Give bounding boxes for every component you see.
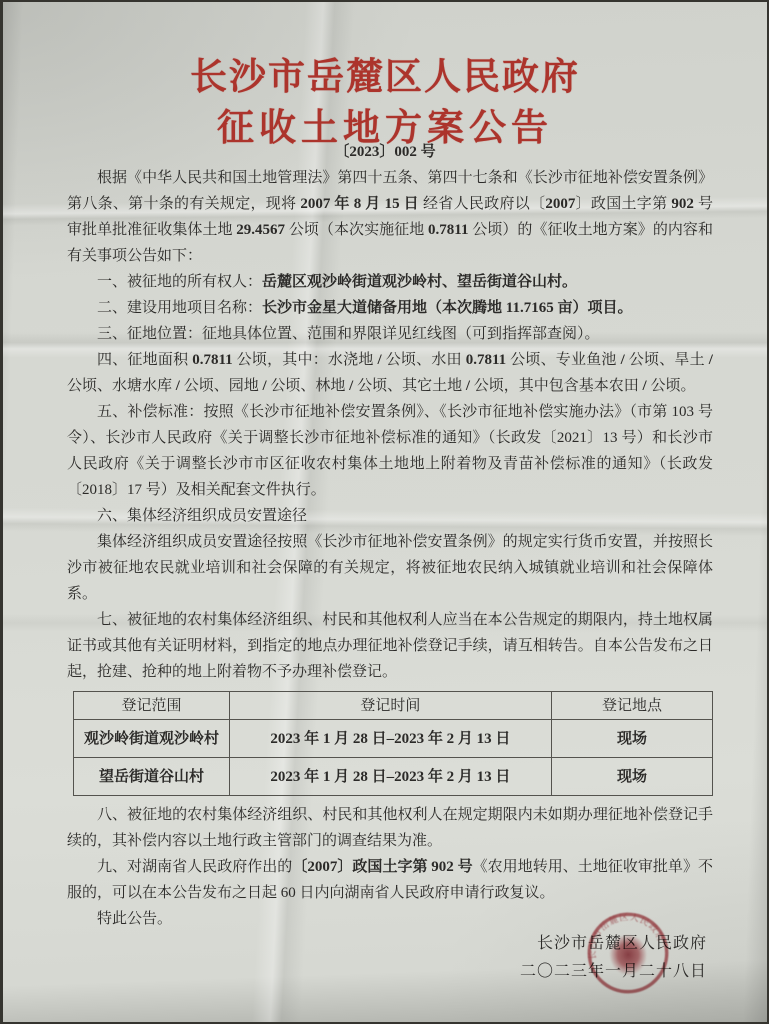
cell-range: 观沙岭街道观沙岭村	[74, 720, 230, 758]
official-seal: 长沙市岳麓区人民政府	[581, 906, 676, 1001]
seal-emblem	[607, 932, 649, 977]
item-8: 八、被征地的农村集体经济组织、村民和其他权利人在规定期限内未如期办理征地补偿登记…	[67, 802, 713, 854]
table-row: 望岳街道谷山村 2023 年 1 月 28 日–2023 年 2 月 13 日 …	[74, 758, 713, 796]
document-photo: 长沙市岳麓区人民政府 征收土地方案公告 〔2023〕002 号 根据《中华人民共…	[0, 0, 769, 1024]
item-5: 五、补偿标准：按照《长沙市征地补偿安置条例》、《长沙市征地补偿实施办法》（市第 …	[67, 399, 713, 503]
cell-range: 望岳街道谷山村	[74, 758, 230, 796]
item-4: 四、征地面积 0.7811 公顷，其中：水浇地 / 公顷、水田 0.7811 公…	[67, 347, 713, 399]
cell-place: 现场	[551, 758, 712, 796]
item-9: 九、对湖南省人民政府作出的〔2007〕政国土字第 902 号《农用地转用、土地征…	[67, 854, 713, 906]
doc-number: 〔2023〕002 号	[3, 140, 767, 161]
table-row: 观沙岭街道观沙岭村 2023 年 1 月 28 日–2023 年 2 月 13 …	[74, 720, 713, 758]
item-6-heading: 六、集体经济组织成员安置途径	[67, 503, 713, 529]
document-body: 根据《中华人民共和国土地管理法》第四十五条、第四十七条和《长沙市征地补偿安置条例…	[67, 165, 713, 932]
col-header-time: 登记时间	[229, 692, 551, 720]
cell-time: 2023 年 1 月 28 日–2023 年 2 月 13 日	[229, 758, 551, 796]
table-header-row: 登记范围 登记时间 登记地点	[74, 692, 713, 720]
cell-place: 现场	[551, 720, 712, 758]
item-2: 二、建设用地项目名称：长沙市金星大道储备用地（本次腾地 11.7165 亩）项目…	[67, 295, 713, 321]
col-header-place: 登记地点	[551, 692, 712, 720]
item-3: 三、征地位置：征地具体位置、范围和界限详见红线图（可到指挥部查阅）。	[67, 321, 713, 347]
para-intro: 根据《中华人民共和国土地管理法》第四十五条、第四十七条和《长沙市征地补偿安置条例…	[67, 165, 713, 269]
paper-sheet: 长沙市岳麓区人民政府 征收土地方案公告 〔2023〕002 号 根据《中华人民共…	[3, 2, 767, 1022]
title-line-1: 长沙市岳麓区人民政府	[3, 46, 767, 100]
item-7: 七、被征地的农村集体经济组织、村民和其他权利人应当在本公告规定的期限内，持土地权…	[67, 607, 713, 685]
cell-time: 2023 年 1 月 28 日–2023 年 2 月 13 日	[229, 720, 551, 758]
item-6-body: 集体经济组织成员安置途径按照《长沙市征地补偿安置条例》的规定实行货币安置，并按照…	[67, 529, 713, 607]
registration-table: 登记范围 登记时间 登记地点 观沙岭街道观沙岭村 2023 年 1 月 28 日…	[73, 691, 713, 796]
item-1: 一、被征地的所有权人：岳麓区观沙岭街道观沙岭村、望岳街道谷山村。	[67, 269, 713, 295]
col-header-range: 登记范围	[74, 692, 230, 720]
